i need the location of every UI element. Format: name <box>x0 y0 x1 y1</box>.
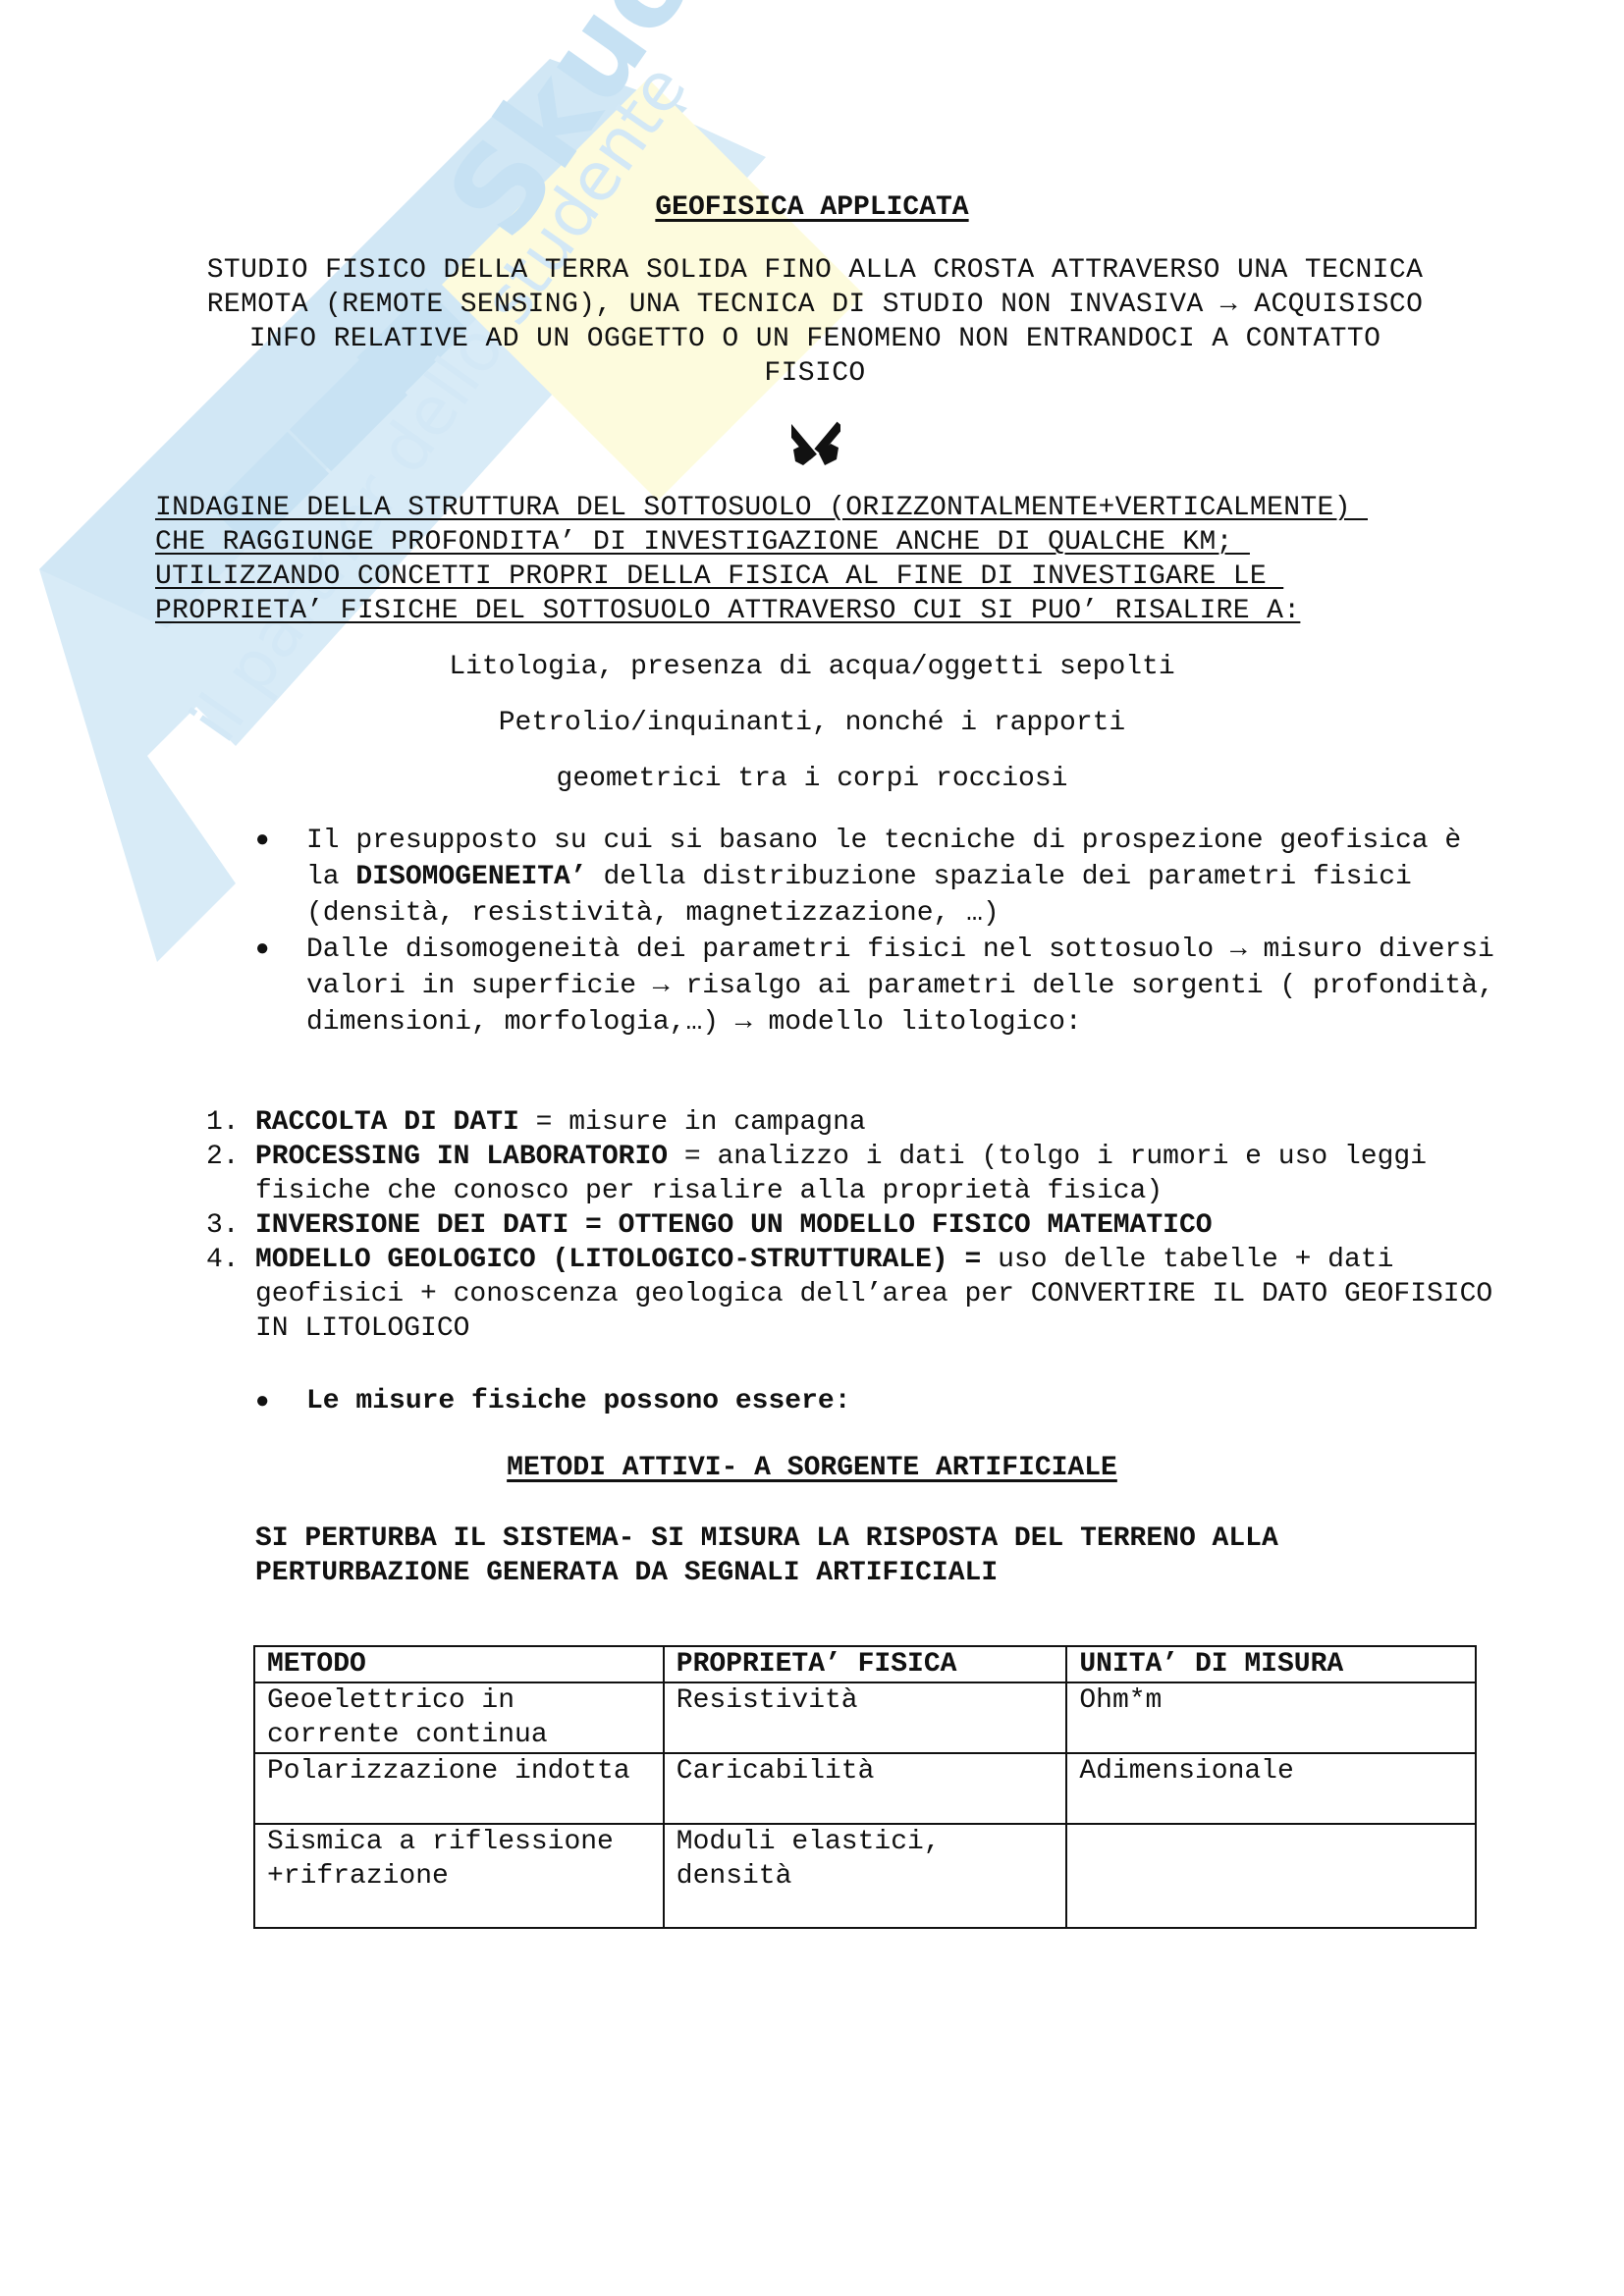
bullet-list: ● Il presupposto su cui si basano le tec… <box>244 823 1510 1041</box>
underlined-line: UTILIZZANDO CONCETTI PROPRI DELLA FISICA… <box>155 560 1510 594</box>
example-line: geometrici tra i corpi rocciosi <box>0 762 1624 818</box>
examples-list: Litologia, presenza di acqua/oggetti sep… <box>0 650 1624 818</box>
intro-line: REMOTA (REMOTE SENSING), UNA TECNICA DI … <box>147 288 1483 322</box>
methods-table: METODO PROPRIETA’ FISICA UNITA’ DI MISUR… <box>253 1645 1477 1929</box>
bullet-dot-icon: ● <box>255 932 269 968</box>
step-title: PROCESSING IN LABORATORIO <box>255 1142 668 1172</box>
step-number: 2. <box>206 1140 240 1174</box>
header-cell: UNITA’ DI MISURA <box>1066 1646 1476 1682</box>
step-number: 3. <box>206 1208 240 1243</box>
bullet-dot-icon: ● <box>244 1389 306 1415</box>
investigation-paragraph: INDAGINE DELLA STRUTTURA DEL SOTTOSUOLO … <box>155 491 1510 628</box>
table-cell: Moduli elastici, densità <box>664 1824 1067 1928</box>
intro-line: FISICO <box>147 356 1483 391</box>
step-item: 1.RACCOLTA DI DATI = misure in campagna <box>194 1105 1510 1140</box>
section-description: SI PERTURBA IL SISTEMA- SI MISURA LA RIS… <box>255 1522 1492 1590</box>
table-cell: Sismica a riflessione +rifrazione <box>254 1824 664 1928</box>
section-heading-text: METODI ATTIVI- A SORGENTE ARTIFICIALE <box>507 1453 1117 1483</box>
underlined-line: PROPRIETA’ FISICHE DEL SOTTOSUOLO ATTRAV… <box>155 594 1510 628</box>
step-item: 4.MODELLO GEOLOGICO (LITOLOGICO-STRUTTUR… <box>194 1243 1510 1346</box>
intro-paragraph: STUDIO FISICO DELLA TERRA SOLIDA FINO AL… <box>147 253 1483 391</box>
bullet-item: ● Dalle disomogeneità dei parametri fisi… <box>244 932 1510 1041</box>
underlined-line: INDAGINE DELLA STRUTTURA DEL SOTTOSUOLO … <box>155 491 1510 525</box>
example-line: Litologia, presenza di acqua/oggetti sep… <box>0 650 1624 706</box>
table-cell <box>1066 1824 1476 1928</box>
step-title: MODELLO GEOLOGICO (LITOLOGICO-STRUTTURAL… <box>255 1245 981 1275</box>
bullet-item: ● Il presupposto su cui si basano le tec… <box>244 823 1510 932</box>
step-item: 3.INVERSIONE DEI DATI = OTTENGO UN MODEL… <box>194 1208 1510 1243</box>
step-number: 4. <box>206 1243 240 1277</box>
table-cell: Ohm*m <box>1066 1682 1476 1753</box>
measures-text: Le misure fisiche possono essere: <box>306 1386 851 1416</box>
section-heading: METODI ATTIVI- A SORGENTE ARTIFICIALE <box>0 1453 1624 1483</box>
table-cell: Geoelettrico in corrente continua <box>254 1682 664 1753</box>
step-title: RACCOLTA DI DATI <box>255 1107 519 1138</box>
title-text: GEOFISICA APPLICATA <box>655 192 968 223</box>
table-cell: Polarizzazione indotta <box>254 1753 664 1824</box>
example-line: Petrolio/inquinanti, nonché i rapporti <box>0 706 1624 762</box>
step-title: INVERSIONE DEI DATI = OTTENGO UN MODELLO… <box>255 1210 1213 1241</box>
header-cell: PROPRIETA’ FISICA <box>664 1646 1067 1682</box>
table-row: Polarizzazione indotta Caricabilità Adim… <box>254 1753 1476 1824</box>
intro-line: STUDIO FISICO DELLA TERRA SOLIDA FINO AL… <box>147 253 1483 288</box>
step-number: 1. <box>206 1105 240 1140</box>
bullet-text: Dalle disomogeneità dei parametri fisici… <box>306 934 1494 1038</box>
bullet-bold-term: DISOMOGENEITA’ <box>355 862 586 892</box>
crossed-hammers-icon <box>791 414 840 469</box>
bullet-dot-icon: ● <box>255 823 269 859</box>
document-title: GEOFISICA APPLICATA <box>0 192 1624 223</box>
table-cell: Resistività <box>664 1682 1067 1753</box>
table-header-row: METODO PROPRIETA’ FISICA UNITA’ DI MISUR… <box>254 1646 1476 1682</box>
table-cell: Adimensionale <box>1066 1753 1476 1824</box>
step-item: 2.PROCESSING IN LABORATORIO = analizzo i… <box>194 1140 1510 1208</box>
table-row: Geoelettrico in corrente continua Resist… <box>254 1682 1476 1753</box>
intro-line: INFO RELATIVE AD UN OGGETTO O UN FENOMEN… <box>147 322 1483 356</box>
underlined-line: CHE RAGGIUNGE PROFONDITA’ DI INVESTIGAZI… <box>155 525 1510 560</box>
steps-list: 1.RACCOLTA DI DATI = misure in campagna … <box>194 1105 1510 1346</box>
header-cell: METODO <box>254 1646 664 1682</box>
table-cell: Caricabilità <box>664 1753 1067 1824</box>
step-text: = misure in campagna <box>519 1107 866 1138</box>
measures-bullet: ●Le misure fisiche possono essere: <box>244 1386 851 1416</box>
table-row: Sismica a riflessione +rifrazione Moduli… <box>254 1824 1476 1928</box>
